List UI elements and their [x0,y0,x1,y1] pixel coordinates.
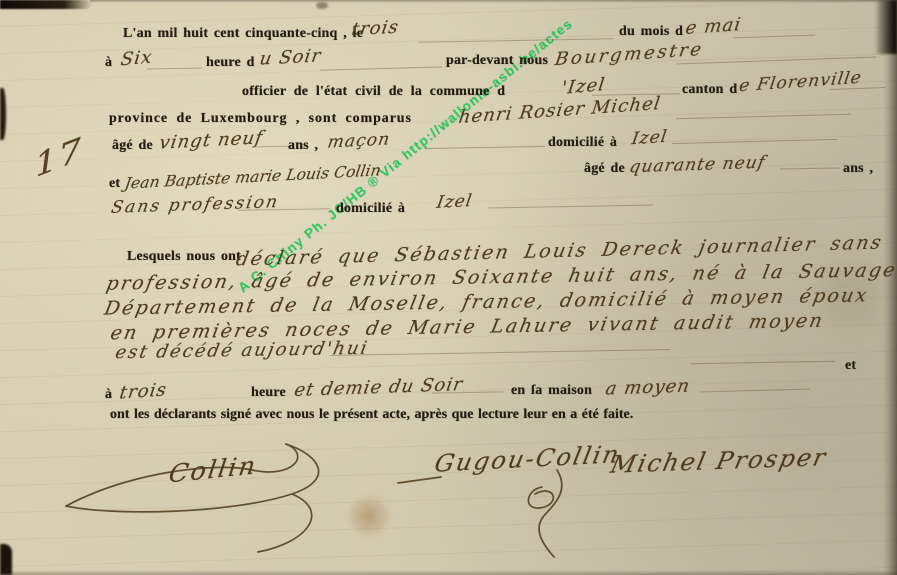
handwritten-month: e mai [684,14,743,39]
scan-edge-right-top [875,0,897,54]
printed-year-line: L'an mil huit cent cinquante-cinq , le [123,26,363,42]
handwritten-declarant1-profession: maçon [326,129,392,152]
handwritten-declarant2-age: quarante neuf [628,153,767,178]
printed-month-label: du mois d [619,24,683,40]
printed-domicile2-label: domicilié à [336,201,405,217]
printed-at-label: à [105,55,112,71]
form-line [418,38,613,42]
margin-act-number: 17 [33,131,84,186]
printed-years1-label: ans , [288,138,318,154]
handwritten-declarant2-profession: Sans profession [110,192,281,218]
signature-michel-prosper: Michel Prosper [608,443,830,478]
form-line [252,146,292,148]
form-line [320,66,442,70]
form-line [690,361,835,365]
handwritten-death-place: a moyen [604,376,692,400]
printed-canton-label: canton d [682,82,737,98]
printed-signature-clause: ont les déclarants signé avec nous le pr… [110,407,633,423]
handwritten-officiant: Bourgmestre [554,39,706,70]
signature-gugou-collin: Gugou-Collin [432,440,623,478]
printed-and-label: et [109,176,120,192]
handwritten-declarant1-age: vingt neuf [158,127,265,153]
handwritten-declarant2-domicile: Izel [435,191,474,213]
printed-civil-officer-line: officier de l'état civil de la commune d [242,84,505,100]
form-line [147,68,202,70]
form-line [780,167,840,169]
printed-hour-label: heure d [206,55,255,71]
form-line [425,146,545,149]
document-page: A.C. Chiny Ph. JC/HB ® Via http://wallon… [0,0,897,575]
handwritten-canton: e Florenville [738,68,863,96]
handwritten-death-hour-period: et demie du Soir [293,374,465,401]
form-line [330,349,670,356]
printed-age2-label: âgé de [584,161,625,177]
scan-edge-top-line [90,0,897,3]
scan-edge-right-band [883,0,897,575]
handwritten-declaration-line5: est décédé aujourd'hui [114,338,371,363]
handwritten-declarant1-domicile: Izel [630,127,668,149]
paper-stain [316,2,328,9]
printed-declaration-lead: Lesquels nous ont [127,249,241,265]
form-line [238,208,330,211]
form-line [672,139,837,144]
printed-house-label: en ſa maison [511,383,592,399]
paper-stain [348,496,390,536]
printed-years2-label: ans , [843,161,873,177]
scan-edge-top-left [0,0,92,9]
signature-collin: Collin [167,451,259,489]
form-line [733,35,815,39]
printed-death-at-label: à [105,387,112,403]
printed-et-label: et [845,358,856,374]
scan-edge-bottom-line [0,570,897,575]
form-line [488,205,653,209]
scan-edge-left-blob [0,88,6,140]
printed-death-hour-label: heure [251,385,286,401]
form-line [676,57,876,65]
handwritten-hour-period: u Soir [258,45,323,69]
form-line [432,391,504,393]
form-line [700,389,810,393]
handwritten-declarant2-name: Jean Baptiste marie Louis Collin [123,161,382,192]
printed-before-us-label: par-devant nous [446,53,548,69]
handwritten-hour: Six [119,47,153,71]
printed-age1-label: âgé de [112,138,153,154]
handwritten-day: trois [350,17,400,40]
handwritten-death-hour: trois [118,379,168,403]
form-line [676,114,851,120]
printed-province-line: province de Luxembourg , sont comparus [109,111,412,127]
printed-domicile1-label: domicilié à [548,135,617,151]
